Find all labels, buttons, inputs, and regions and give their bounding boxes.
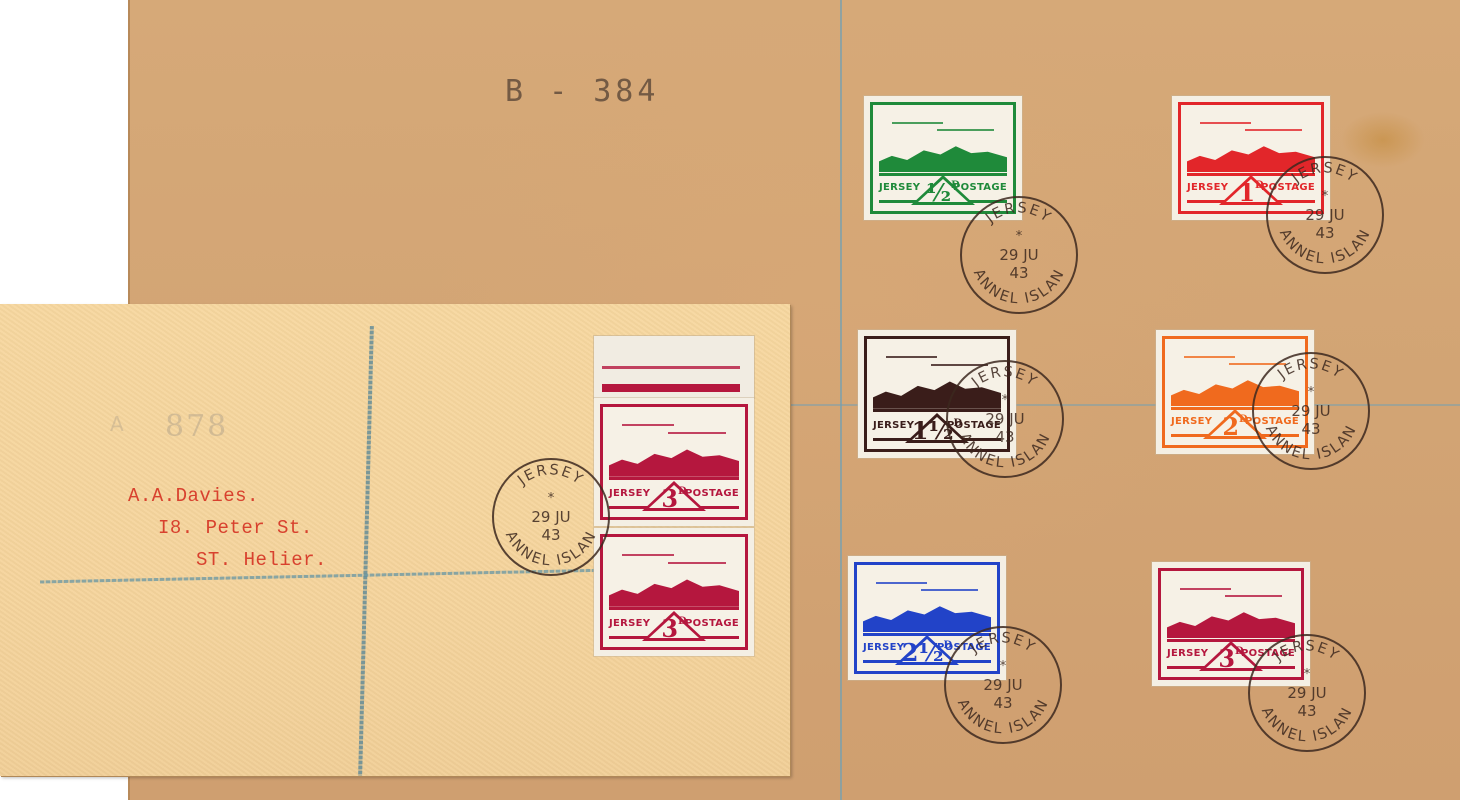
svg-text:JERSEY: JERSEY xyxy=(1274,356,1346,383)
stamp-denomination: 3D xyxy=(1218,647,1243,671)
stamp-country-label: JERSEY xyxy=(609,618,650,629)
stamp-postage-label: POSTAGE xyxy=(685,618,739,629)
stamp-vignette xyxy=(609,413,739,477)
stamp-denomination: 3D xyxy=(661,617,686,641)
postmark-date: * 29 JU 43 xyxy=(948,392,1062,446)
postmark: JERSEY CHANNEL ISLANDS * 29 JU 43 xyxy=(960,196,1078,314)
stamp-country-label: JERSEY xyxy=(1187,182,1228,193)
stamp-frame: JERSEY POSTAGE 3D xyxy=(600,534,748,650)
stamp-country-label: JERSEY xyxy=(873,420,914,431)
stamp-postage-label: POSTAGE xyxy=(953,182,1007,193)
stamp-postage-label: POSTAGE xyxy=(685,488,739,499)
postmark: JERSEY CHANNEL ISLANDS * 29 JU 43 xyxy=(946,360,1064,478)
svg-text:JERSEY: JERSEY xyxy=(966,630,1038,657)
postmark: JERSEY CHANNEL ISLANDS * 29 JU 43 xyxy=(1252,352,1370,470)
stamp-frame: JERSEY POSTAGE 3D xyxy=(600,404,748,520)
postmark: JERSEY CHANNEL ISLANDS * 29 JU 43 xyxy=(492,458,610,576)
stamp-country-label: JERSEY xyxy=(1167,648,1208,659)
stamp-vignette xyxy=(609,543,739,607)
stamp-selvedge xyxy=(594,336,754,398)
stamp-vignette xyxy=(863,571,991,632)
svg-text:JERSEY: JERSEY xyxy=(1288,160,1360,187)
stamp-denomination: 2½D xyxy=(902,641,952,665)
postmark-date: * 29 JU 43 xyxy=(962,228,1076,282)
svg-text:JERSEY: JERSEY xyxy=(514,462,586,489)
address-line-name: A.A.Davies. xyxy=(128,480,327,512)
postmark: JERSEY CHANNEL ISLANDS * 29 JU 43 xyxy=(1248,634,1366,752)
stamp-denomination: 3D xyxy=(661,487,686,511)
stamp-three-penny-top: JERSEY POSTAGE 3D xyxy=(594,398,754,526)
blue-crayon-line-vertical xyxy=(358,326,374,776)
registration-line-vertical xyxy=(840,0,842,800)
svg-text:JERSEY: JERSEY xyxy=(968,364,1040,391)
postmark-date: * 29 JU 43 xyxy=(494,490,608,544)
postmark-date: * 29 JU 43 xyxy=(946,658,1060,712)
stamp-country-label: JERSEY xyxy=(609,488,650,499)
stamp-vignette xyxy=(1167,577,1295,638)
stamp-country-label: JERSEY xyxy=(863,642,904,653)
pencil-number: 878 xyxy=(165,409,228,444)
stamp-denomination: 1D xyxy=(1238,181,1263,205)
postmark-date: * 29 JU 43 xyxy=(1254,384,1368,438)
postmark: JERSEY CHANNEL ISLANDS * 29 JU 43 xyxy=(1266,156,1384,274)
pencil-prefix: A xyxy=(110,412,124,436)
stamp-country-label: JERSEY xyxy=(879,182,920,193)
svg-text:JERSEY: JERSEY xyxy=(982,200,1054,227)
address-line-town: ST. Helier. xyxy=(128,544,327,576)
stamp-denomination: ½D xyxy=(926,181,960,205)
svg-text:JERSEY: JERSEY xyxy=(1270,638,1342,665)
postmark-date: * 29 JU 43 xyxy=(1268,188,1382,242)
postmark-date: * 29 JU 43 xyxy=(1250,666,1364,720)
postmark: JERSEY CHANNEL ISLANDS * 29 JU 43 xyxy=(944,626,1062,744)
stamp-vignette xyxy=(879,111,1007,172)
stamp-three-penny-bottom: JERSEY POSTAGE 3D xyxy=(594,528,754,656)
stamp-denomination: 2D xyxy=(1222,415,1247,439)
address-block: A.A.Davies. I8. Peter St. ST. Helier. xyxy=(128,480,327,576)
registration-number: B - 384 xyxy=(505,74,659,109)
stamp-country-label: JERSEY xyxy=(1171,416,1212,427)
address-line-street: I8. Peter St. xyxy=(128,512,327,544)
